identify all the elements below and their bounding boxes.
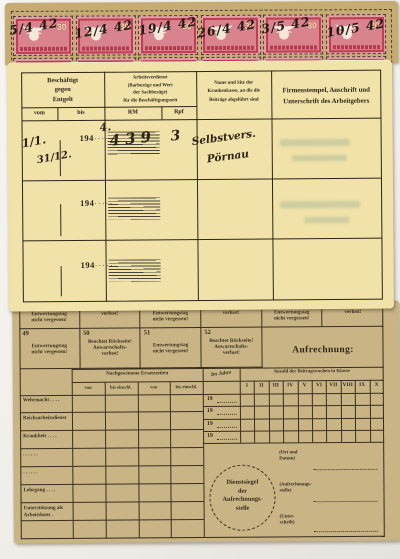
class-column-header: VI <box>312 382 326 388</box>
ersatzzeiten-row: Unterstützung als Arbeitsloser . <box>21 502 204 521</box>
ersatz-subcol-header: von <box>72 384 105 389</box>
class-column-header: I <box>240 383 254 389</box>
ink-bleed-smudge <box>292 155 347 161</box>
ersatzzeiten-row-label: Krankheit . . . . <box>23 433 73 440</box>
ersatzzeiten-title: Nachgewiesene Ersatzzeiten <box>72 370 203 377</box>
stamp-sheet-card: 30305/4 42303012/4 42303019/4 42303026/4… <box>5 1 398 65</box>
numbered-reminder-cell: 49Entwertungstagnicht vergessen! <box>19 328 80 369</box>
class-column-header: IX <box>355 382 369 388</box>
date-divider-stroke <box>61 266 62 296</box>
signature-field-label: (Aufrechnungs-stelle) <box>279 482 313 495</box>
ink-bleed-smudge <box>280 139 350 147</box>
ersatzzeiten-row: Krankheit . . . . <box>20 430 203 449</box>
reminder-line: verlust! <box>201 310 261 317</box>
reminder-line: nicht vergessen! <box>141 348 201 355</box>
reminder-text: Entwertungstagnicht vergessen! <box>141 310 201 323</box>
record-row-empty: 194····· <box>8 237 393 300</box>
reminder-line: verlust! <box>80 351 140 358</box>
reminder-text: Entwertungstagnicht vergessen! <box>19 311 79 324</box>
reminder-line: verlust! <box>323 309 384 316</box>
cell-number: 52 <box>204 329 211 336</box>
signature-label-line: Datum) <box>279 457 313 464</box>
signature-field-label: (Unter-schrift) <box>280 514 314 527</box>
class-column-header: VIII <box>341 382 355 388</box>
header-line: Entgelt <box>21 95 104 105</box>
seal-circle-line: stelle <box>211 504 275 513</box>
header-beschaeftigt: Beschäftigt gegen Entgelt <box>21 76 104 105</box>
ersatzzeiten-row-label: . . . . . . <box>23 451 73 458</box>
reminder-line: nicht vergessen! <box>19 317 79 324</box>
class-column-header: X <box>369 382 383 388</box>
header-vom: vom <box>21 110 57 116</box>
cell-number: 51 <box>144 329 151 336</box>
ersatz-subcol-header: bis einschl. <box>170 384 203 389</box>
ersatzzeiten-row-label: Reichsarbeitsdienst <box>23 415 73 422</box>
stamp-bottom-band <box>333 45 380 49</box>
header-line: Beiträge abgeführt sind <box>196 96 271 105</box>
record-row-1944: 194····· 4. 1/1. 31/12. 439 3 Selbstvers… <box>7 117 392 180</box>
class-column-header: VII <box>326 382 340 388</box>
stamp-bottom-band <box>270 45 317 49</box>
stamp-bottom-band <box>207 45 254 49</box>
scanned-documents-page: 30305/4 42303012/4 42303019/4 42303026/4… <box>0 0 400 559</box>
ink-bleed-smudge <box>304 217 349 223</box>
reminder-text: Entwertungstagnicht vergessen! <box>19 343 79 356</box>
ersatzzeiten-row: Reichsarbeitsdienst <box>20 412 203 431</box>
ersatzzeiten-row: Wehrmacht . . . . <box>20 394 203 413</box>
class-column-header: II <box>254 383 268 389</box>
ersatzzeiten-row: . . . . . . <box>20 448 203 467</box>
class-column-header: V <box>297 382 311 388</box>
ersatzzeiten-row <box>21 520 204 539</box>
year-prefix: 194 <box>80 133 94 143</box>
reminder-text: Entwertungstagnicht vergessen! <box>141 342 201 355</box>
header-arbeitsverdienst: Arbeitsverdienst (Barbezüge und Wert der… <box>104 74 196 105</box>
ersatzzeiten-row: Lehrgang . . . . <box>20 484 203 503</box>
class-column-header: III <box>269 382 283 388</box>
handwritten-rpf: 3 <box>170 128 181 145</box>
year-dotted-tail <box>217 426 237 427</box>
numbered-reminder-cell: 50Beachtet Rückseite!Anwartschafts-verlu… <box>80 327 141 368</box>
seal-circle: Dienstsiegel der Aufrechnungs- stelle <box>209 465 275 531</box>
year-cell-label: 19 <box>207 433 213 439</box>
cell-number: 50 <box>83 330 90 337</box>
year-dotted-tail <box>217 414 237 415</box>
handwritten-bis: 31/12. <box>36 149 72 166</box>
handwritten-kasse-1: Selbstvers. <box>191 128 256 148</box>
date-divider-stroke <box>60 204 61 236</box>
record-row-empty: 194····· <box>8 177 393 240</box>
aufrechnung-title: Aufrechnung: <box>262 345 383 356</box>
signature-label-line: schrift) <box>280 521 314 528</box>
year-cell-label: 19 <box>207 420 213 426</box>
settlement-card: Aufrechnung: Nachgewiesene Ersatzzeiten … <box>12 301 400 544</box>
header-bis: bis <box>57 110 104 116</box>
numbered-reminder-cell: 51Entwertungstagnicht vergessen! <box>141 327 202 368</box>
header-firmenstempel: Firmenstempel, Anschrift und Unterschrif… <box>271 86 381 109</box>
reminder-line: nicht vergessen! <box>262 315 322 322</box>
ersatzzeiten-row: . . . . . . <box>20 466 203 485</box>
year-prefix: 194 <box>80 198 94 208</box>
reminder-line: verlust! <box>80 311 140 318</box>
ersatz-subcol-header: von <box>137 384 170 389</box>
year-prefix: 194 <box>81 260 95 270</box>
rm-hatch-block <box>108 197 160 219</box>
ersatzzeiten-row-label: Wehrmacht . . . . <box>23 397 73 404</box>
signature-label-line: stelle) <box>279 489 313 496</box>
record-card: Beschäftigt gegen Entgelt vom bis Arbeit… <box>7 59 394 311</box>
header-line: Firmenstempel, Anschrift und <box>271 86 381 98</box>
numbered-reminder-cell: 52Beachtet Rückseite!Anwartschafts-verlu… <box>201 327 262 368</box>
ersatzzeiten-row-label: Lehrgang . . . . <box>23 487 73 494</box>
reminder-text: Beachtet Rückseite!Anwartschafts-verlust… <box>80 338 140 357</box>
ink-bleed-smudge <box>280 201 360 209</box>
year-cell-label: 19 <box>207 408 213 414</box>
handwritten-kasse-2: Pörnau <box>206 148 249 165</box>
reminder-line: nicht vergessen! <box>19 349 79 356</box>
reminder-line: nicht vergessen! <box>141 316 201 323</box>
year-cell-label: 19 <box>207 396 213 402</box>
stamp-bottom-band <box>20 46 67 50</box>
stamp-bottom-band <box>145 46 192 50</box>
signature-field-label: (Ort undDatum) <box>279 450 313 463</box>
header-line: für die Beschäftigungszeit <box>104 97 196 105</box>
header-krankenkasse: Name und Sitz der Krankenkasse, an die d… <box>196 79 271 105</box>
year-dotted-tail <box>217 439 237 440</box>
reminder-text: Beachtet Rückseite!Anwartschafts-verlust… <box>201 338 261 357</box>
handwritten-vom: 1/1. <box>21 132 47 150</box>
header-rm: RM <box>104 109 161 115</box>
header-line: Unterschrift des Arbeitgebers <box>271 96 381 108</box>
beitragswochen-title: Anzahl der Beitragswochen in Klasse <box>240 369 384 375</box>
rm-hatch-block <box>109 259 161 281</box>
reminder-line: verlust! <box>201 350 261 357</box>
reminder-text: Entwertungstagnicht vergessen! <box>262 309 322 322</box>
ersatzzeiten-row-label: . . . . . . <box>23 469 73 476</box>
ersatz-subcol-header: bis einschl. <box>104 384 137 389</box>
stamp-bottom-band <box>82 46 129 50</box>
header-rpf: Rpf <box>161 109 196 115</box>
cell-number: 49 <box>22 330 29 337</box>
year-dotted-tail <box>217 402 237 403</box>
class-column-header: IV <box>283 382 297 388</box>
ersatzzeiten-row-label: Unterstützung als Arbeitsloser . <box>24 505 74 518</box>
